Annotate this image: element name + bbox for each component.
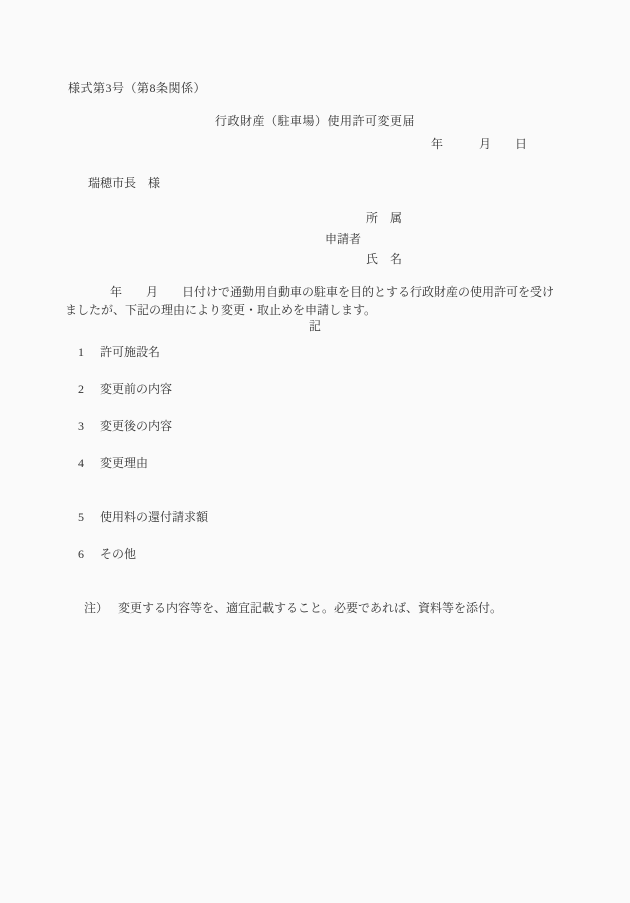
applicant-block: 所 属 申請者 氏 名: [325, 212, 465, 267]
record-marker: 記: [0, 320, 630, 332]
date-line: 年 月 日: [431, 138, 527, 150]
item-number: 2: [78, 383, 100, 395]
body-paragraph: 年 月 日付けで通勤用自動車の駐車を目的とする行政財産の使用許可を受け ましたが…: [65, 284, 567, 319]
form-number: 様式第3号（第8条関係）: [68, 82, 206, 94]
document-page: 様式第3号（第8条関係） 行政財産（駐車場）使用許可変更届 年 月 日 瑞穂市長…: [0, 0, 630, 903]
item-label: その他: [100, 547, 136, 561]
list-item: 1許可施設名: [78, 346, 558, 358]
item-number: 3: [78, 420, 100, 432]
item-label: 変更後の内容: [100, 419, 172, 433]
item-list: 1許可施設名 2変更前の内容 3変更後の内容 4変更理由 5使用料の還付請求額 …: [78, 346, 558, 560]
item-label: 使用料の還付請求額: [100, 510, 208, 524]
list-item: 4変更理由: [78, 457, 558, 469]
name-label: 氏 名: [366, 253, 402, 265]
note-text: 変更する内容等を、適宜記載すること。必要であれば、資料等を添付。: [118, 601, 502, 615]
item-label: 許可施設名: [100, 345, 160, 359]
list-item: 5使用料の還付請求額: [78, 511, 558, 523]
list-item: 2変更前の内容: [78, 383, 558, 395]
item-number: 6: [78, 548, 100, 560]
affiliation-label: 所 属: [366, 212, 402, 224]
item-number: 1: [78, 346, 100, 358]
document-title: 行政財産（駐車場）使用許可変更届: [0, 115, 630, 127]
applicant-label: 申請者: [325, 233, 361, 245]
list-item: 6その他: [78, 548, 558, 560]
item-label: 変更理由: [100, 456, 148, 470]
item-number: 5: [78, 511, 100, 523]
body-line-2: ましたが、下記の理由により変更・取止めを申請します。: [65, 302, 567, 320]
addressee: 瑞穂市長 様: [88, 177, 160, 189]
item-label: 変更前の内容: [100, 382, 172, 396]
item-number: 4: [78, 457, 100, 469]
note: 注）変更する内容等を、適宜記載すること。必要であれば、資料等を添付。: [84, 602, 502, 614]
note-label: 注）: [84, 602, 118, 614]
list-item: 3変更後の内容: [78, 420, 558, 432]
body-line-1: 年 月 日付けで通勤用自動車の駐車を目的とする行政財産の使用許可を受け: [65, 284, 567, 302]
